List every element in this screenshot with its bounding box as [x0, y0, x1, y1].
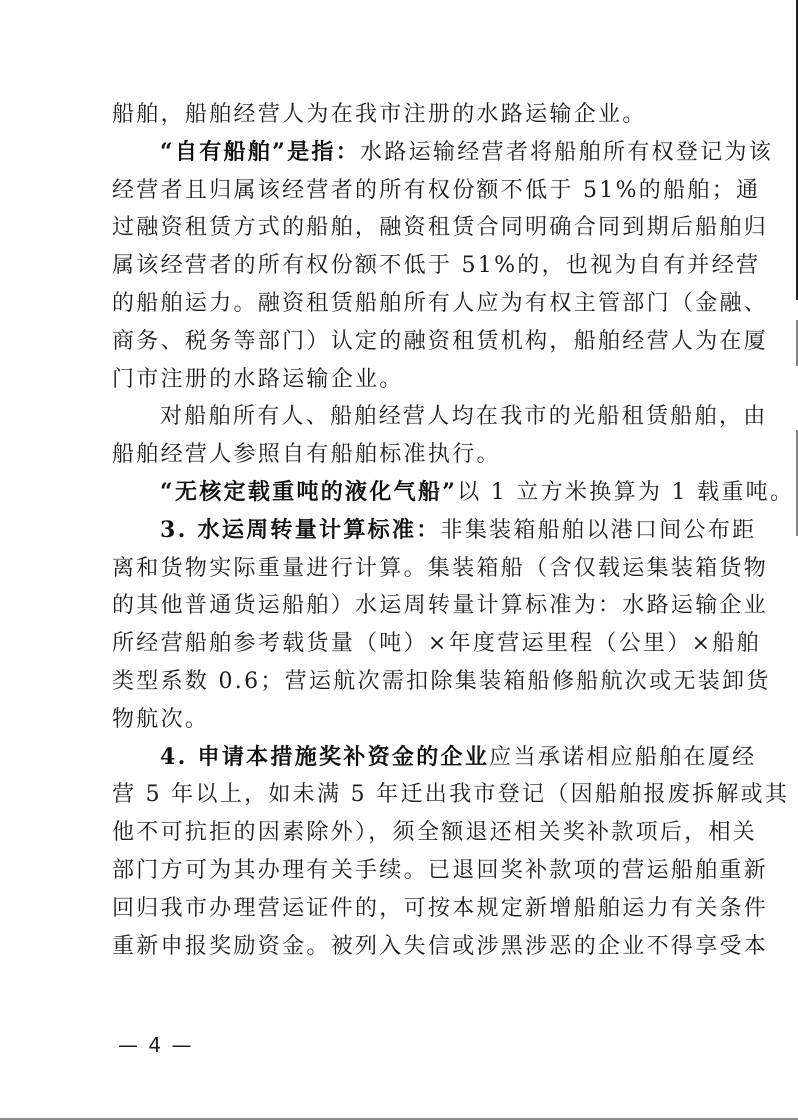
bold-term: “自有船舶”是指： [160, 139, 360, 165]
text-segment: 船舶，船舶经营人为在我市注册的水路运输企业。 [112, 102, 647, 127]
paragraph-line: 船舶经营人参照自有船舶标准执行。 [112, 436, 690, 474]
paragraph-first-line: “自有船舶”是指：水路运输经营者将船舶所有权登记为该 [112, 134, 690, 172]
page-number: — 4 — [118, 1033, 193, 1057]
text-segment: 属该经营者的所有权份额不低于 51%的，也视为自有并经营 [112, 253, 760, 278]
text-segment: 物航次。 [112, 707, 209, 732]
text-segment: 商务、税务等部门）认定的融资租赁机构，船舶经营人为在厦 [112, 329, 768, 354]
paragraph-line: 过融资租赁方式的船舶，融资租赁合同明确合同到期后船舶归 [112, 209, 690, 247]
text-segment: 经营者且归属该经营者的所有权份额不低于 51%的船舶；通 [112, 178, 760, 203]
document-body: 船舶，船舶经营人为在我市注册的水路运输企业。“自有船舶”是指：水路运输经营者将船… [112, 96, 690, 965]
text-segment: 水路运输经营者将船舶所有权登记为该 [360, 140, 773, 165]
text-segment: 对船舶所有人、船舶经营人均在我市的光船租赁船舶，由 [160, 404, 768, 429]
paragraph-line: 船舶，船舶经营人为在我市注册的水路运输企业。 [112, 96, 690, 134]
text-segment: 门市注册的水路运输企业。 [112, 367, 404, 392]
paragraph-line: 营 5 年以上，如未满 5 年迁出我市登记（因船舶报废拆解或其 [112, 776, 690, 814]
paragraph-line: 属该经营者的所有权份额不低于 51%的，也视为自有并经营 [112, 247, 690, 285]
text-segment: 应当承诺相应船舶在厦经 [489, 745, 756, 770]
text-segment: 以 1 立方米换算为 1 载重吨。 [457, 480, 794, 505]
text-segment: 非集装箱船舶以港口间公布距 [441, 518, 757, 543]
text-segment: 部门方可为其办理有关手续。已退回奖补款项的营运船舶重新 [112, 858, 768, 883]
paragraph-line: 商务、税务等部门）认定的融资租赁机构，船舶经营人为在厦 [112, 323, 690, 361]
text-segment: 他不可抗拒的因素除外），须全额退还相关奖补款项后，相关 [112, 820, 757, 845]
paragraph-line: 重新申报奖励资金。被列入失信或涉黑涉恶的企业不得享受本 [112, 928, 690, 966]
text-segment: 的船舶运力。融资租赁船舶所有人应为有权主管部门（金融、 [112, 291, 768, 316]
paragraph-first-line: 3. 水运周转量计算标准：非集装箱船舶以港口间公布距 [112, 512, 690, 550]
paragraph-first-line: 4. 申请本措施奖补资金的企业应当承诺相应船舶在厦经 [112, 739, 690, 777]
bold-term: “无核定载重吨的液化气船” [160, 479, 457, 505]
document-page: 船舶，船舶经营人为在我市注册的水路运输企业。“自有船舶”是指：水路运输经营者将船… [0, 0, 798, 1120]
text-segment: 回归我市办理营运证件的，可按本规定新增船舶运力有关条件 [112, 896, 768, 921]
text-segment: 营 5 年以上，如未满 5 年迁出我市登记（因船舶报废拆解或其 [112, 782, 789, 807]
paragraph-line: 经营者且归属该经营者的所有权份额不低于 51%的船舶；通 [112, 172, 690, 210]
bold-term: 4. 申请本措施奖补资金的企业 [160, 744, 489, 770]
text-segment: 类型系数 0.6；营运航次需扣除集装箱船修船航次或无装卸货 [112, 669, 771, 694]
bold-term: 3. 水运周转量计算标准： [160, 517, 441, 543]
text-segment: 重新申报奖励资金。被列入失信或涉黑涉恶的企业不得享受本 [112, 934, 768, 959]
text-segment: 的其他普通货运船舶）水运周转量计算标准为：水路运输企业 [112, 593, 768, 618]
paragraph-line: 门市注册的水路运输企业。 [112, 361, 690, 399]
paragraph-line: 类型系数 0.6；营运航次需扣除集装箱船修船航次或无装卸货 [112, 663, 690, 701]
paragraph-line: 他不可抗拒的因素除外），须全额退还相关奖补款项后，相关 [112, 814, 690, 852]
text-segment: 所经营船舶参考载货量（吨）×年度营运里程（公里）×船舶 [112, 631, 761, 656]
paragraph-line: 的船舶运力。融资租赁船舶所有人应为有权主管部门（金融、 [112, 285, 690, 323]
text-segment: 船舶经营人参照自有船舶标准执行。 [112, 442, 501, 467]
paragraph-line: 离和货物实际重量进行计算。集装箱船（含仅载运集装箱货物 [112, 550, 690, 588]
paragraph-first-line: 对船舶所有人、船舶经营人均在我市的光船租赁船舶，由 [112, 398, 690, 436]
paragraph-line: 部门方可为其办理有关手续。已退回奖补款项的营运船舶重新 [112, 852, 690, 890]
paragraph-line: 物航次。 [112, 701, 690, 739]
paragraph-line: 回归我市办理营运证件的，可按本规定新增船舶运力有关条件 [112, 890, 690, 928]
text-segment: 离和货物实际重量进行计算。集装箱船（含仅载运集装箱货物 [112, 556, 768, 581]
paragraph-line: 所经营船舶参考载货量（吨）×年度营运里程（公里）×船舶 [112, 625, 690, 663]
paragraph-line: 的其他普通货运船舶）水运周转量计算标准为：水路运输企业 [112, 587, 690, 625]
text-segment: 过融资租赁方式的船舶，融资租赁合同明确合同到期后船舶归 [112, 215, 768, 240]
paragraph-first-line: “无核定载重吨的液化气船”以 1 立方米换算为 1 载重吨。 [112, 474, 690, 512]
